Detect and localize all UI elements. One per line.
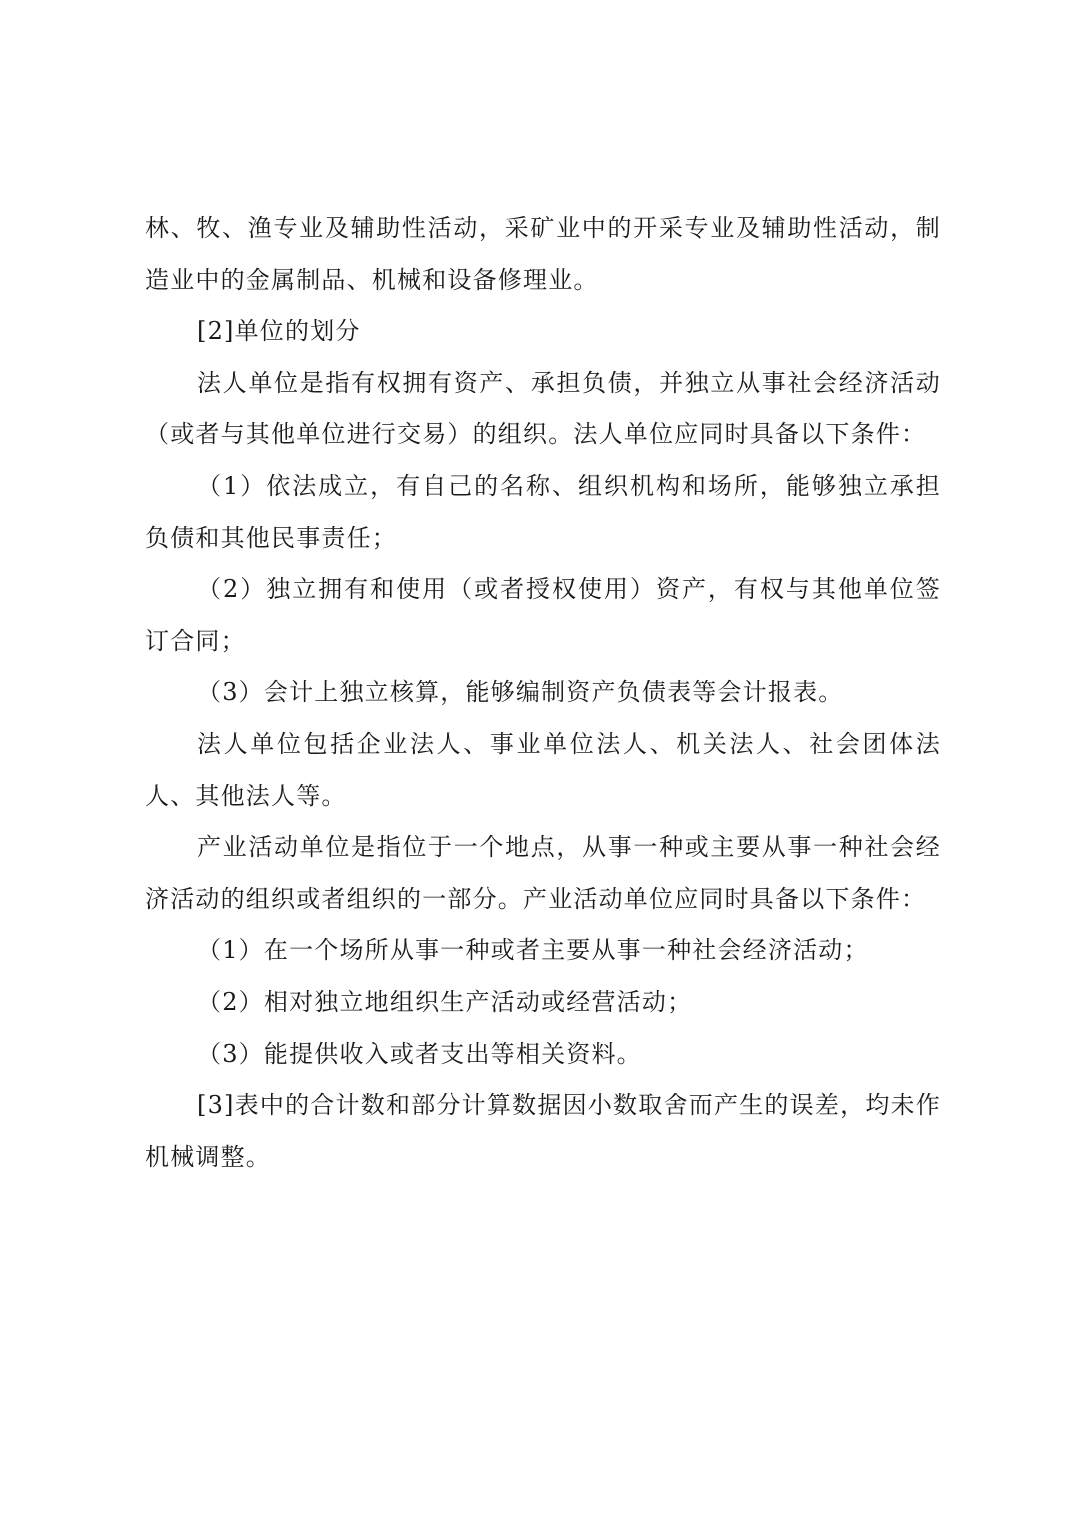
condition-industry-2: （2）相对独立地组织生产活动或经营活动； — [145, 977, 941, 1029]
paragraph-legal-unit-definition: 法人单位是指有权拥有资产、承担负债，并独立从事社会经济活动（或者与其他单位进行交… — [145, 358, 941, 461]
note-heading-unit-division: [2]单位的划分 — [145, 306, 941, 358]
paragraph-continuation: 林、牧、渔专业及辅助性活动，采矿业中的开采专业及辅助性活动，制造业中的金属制品、… — [145, 203, 941, 306]
condition-industry-1: （1）在一个场所从事一种或者主要从事一种社会经济活动； — [145, 925, 941, 977]
condition-legal-2: （2）独立拥有和使用（或者授权使用）资产，有权与其他单位签订合同； — [145, 564, 941, 667]
paragraph-industry-unit-definition: 产业活动单位是指位于一个地点，从事一种或主要从事一种社会经济活动的组织或者组织的… — [145, 822, 941, 925]
condition-legal-1: （1）依法成立，有自己的名称、组织机构和场所，能够独立承担负债和其他民事责任； — [145, 461, 941, 564]
paragraph-legal-unit-types: 法人单位包括企业法人、事业单位法人、机关法人、社会团体法人、其他法人等。 — [145, 719, 941, 822]
condition-legal-3: （3）会计上独立核算，能够编制资产负债表等会计报表。 — [145, 667, 941, 719]
condition-industry-3: （3）能提供收入或者支出等相关资料。 — [145, 1029, 941, 1081]
note-rounding: [3]表中的合计数和部分计算数据因小数取舍而产生的误差，均未作机械调整。 — [145, 1080, 941, 1183]
document-page: 林、牧、渔专业及辅助性活动，采矿业中的开采专业及辅助性活动，制造业中的金属制品、… — [145, 203, 941, 1183]
